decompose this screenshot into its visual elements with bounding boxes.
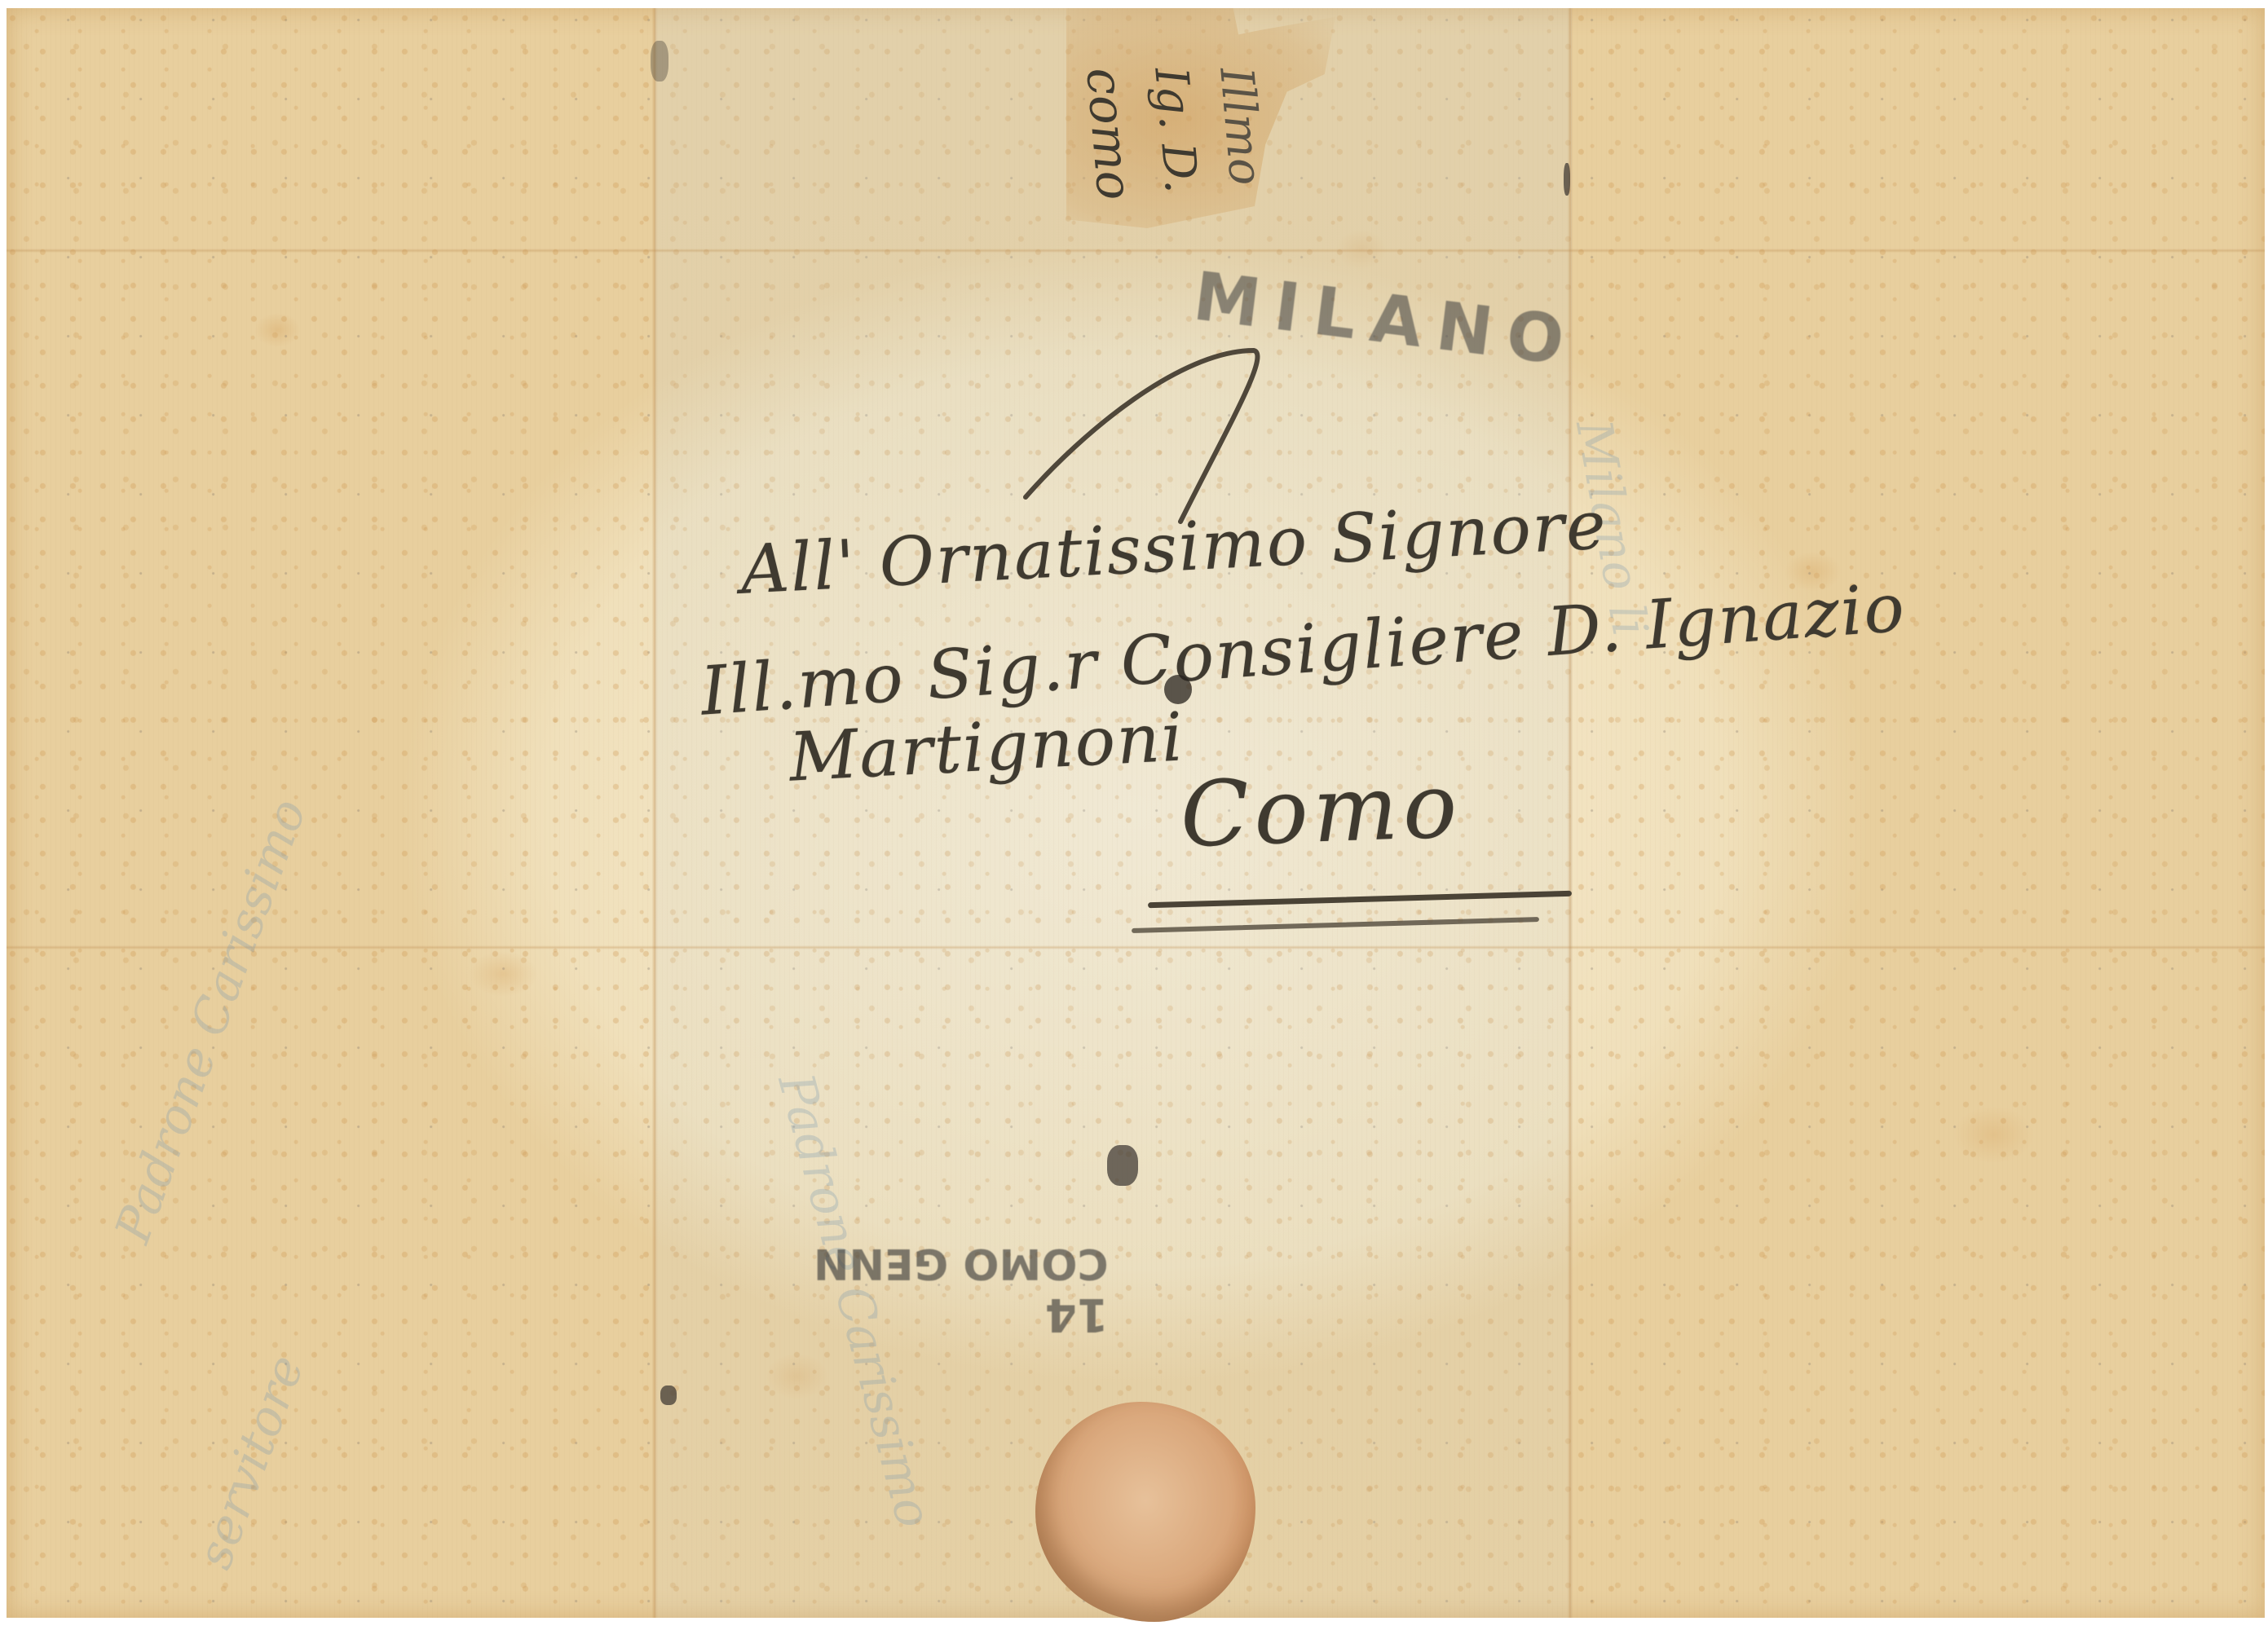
ink-smudge (1107, 1145, 1138, 1186)
address-city: Como (1179, 753, 1463, 867)
postmark-date: 14 (814, 1288, 1109, 1341)
ink-smudge (651, 41, 668, 81)
ink-blot (1164, 675, 1192, 704)
letter-sheet: Padrone Carissimo servitore Milano li Pa… (7, 8, 2265, 1618)
fold-line-top (7, 249, 2265, 253)
postmark-como: 14 COMO GENN (814, 1239, 1109, 1341)
postmark-town: COMO GENN (814, 1239, 1109, 1288)
flap-note: Ig. D. (1144, 65, 1207, 195)
ink-smudge (1564, 163, 1570, 196)
postage-rate-mark (1017, 334, 1262, 530)
flap-note: como (1074, 65, 1143, 202)
flap-note: Illmo (1209, 65, 1272, 187)
ink-smudge (660, 1385, 677, 1405)
fold-line-middle (7, 945, 2265, 949)
